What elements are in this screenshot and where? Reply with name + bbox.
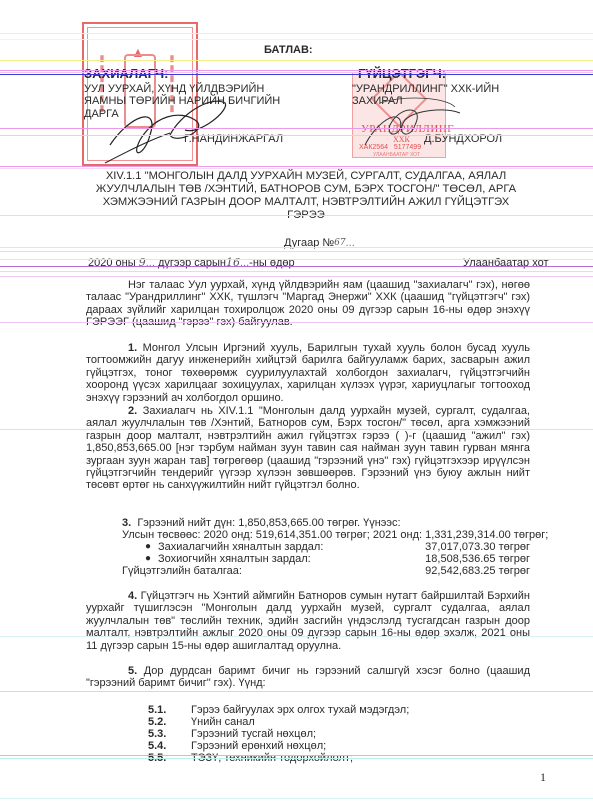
clause-3-budget: Улсын төсвөөс: 2020 онд: 519,614,351.00 … (122, 529, 548, 541)
approve-label: БАТЛАВ: (264, 44, 313, 56)
scan-line (0, 39, 593, 40)
list-item: Үнийн санал (191, 716, 255, 728)
client-supervision-amount: 37,017,073.30 төгрөг (400, 541, 530, 553)
scan-line (0, 755, 593, 756)
performance-guarantee-label: Гүйцэтгэлийн баталгаа: (122, 565, 242, 577)
scan-line (0, 74, 593, 75)
scan-line (0, 251, 593, 252)
client-supervision-label: Захиалагчийн хяналтын зардал: (158, 541, 323, 553)
scan-line (0, 798, 593, 799)
scan-line (0, 70, 593, 71)
scan-line (0, 429, 593, 430)
clause-5: 5. Дор дурдсан баримт бичиг нь гэрээний … (86, 665, 530, 690)
scan-line (0, 215, 593, 216)
scan-line (0, 33, 593, 34)
list-item: Гэрээний тусгай нөхцөл; (191, 728, 316, 740)
scan-line (0, 259, 593, 260)
author-supervision-label: Зохиогчийн хяналтын зардал: (158, 553, 311, 565)
clause-4: 4. Гүйцэтгэгч нь Хэнтий аймгийн Батноров… (86, 590, 530, 652)
scan-line (0, 60, 593, 61)
bullet-icon: ● (145, 553, 151, 564)
clause-1: 1. Монгол Улсын Иргэний хууль, Барилгын … (86, 342, 530, 404)
list-item: Гэрээний ерөнхий нөхцөл; (191, 740, 326, 752)
scan-line (0, 691, 593, 692)
scan-line (0, 636, 593, 637)
scan-line (0, 168, 593, 169)
scan-line (0, 276, 593, 277)
scan-line (0, 128, 593, 129)
scan-line (0, 266, 593, 267)
page-number: 1 (540, 770, 546, 785)
document-page: ▲ ▮▮▮▮▮▮ ▮▮▮▮▮▮ УРАНДРИЛЛИНГ ХХК ХАК2564… (0, 0, 593, 802)
scan-line (0, 758, 593, 759)
list-item: Гэрээ байгуулах эрх олгох тухай мэдэгдэл… (191, 704, 409, 716)
contractor-signature-icon (355, 95, 465, 155)
scan-line (0, 271, 593, 272)
clause-3-total: 3. Гэрээний нийт дүн: 1,850,853,665.00 т… (122, 517, 401, 529)
client-signature-icon (100, 95, 230, 165)
bullet-icon: ● (145, 541, 151, 552)
author-supervision-amount: 18,508,536.65 төгрөг (400, 553, 530, 565)
scan-line (0, 247, 593, 248)
scan-line (0, 166, 593, 167)
scan-line (0, 322, 593, 323)
performance-guarantee-amount: 92,542,683.25 төгрөг (400, 565, 530, 577)
scan-line (0, 72, 593, 73)
clause-2: 2. Захиалагч нь XIV.1.1 "Монголын далд у… (86, 405, 530, 492)
scan-line (0, 135, 593, 136)
